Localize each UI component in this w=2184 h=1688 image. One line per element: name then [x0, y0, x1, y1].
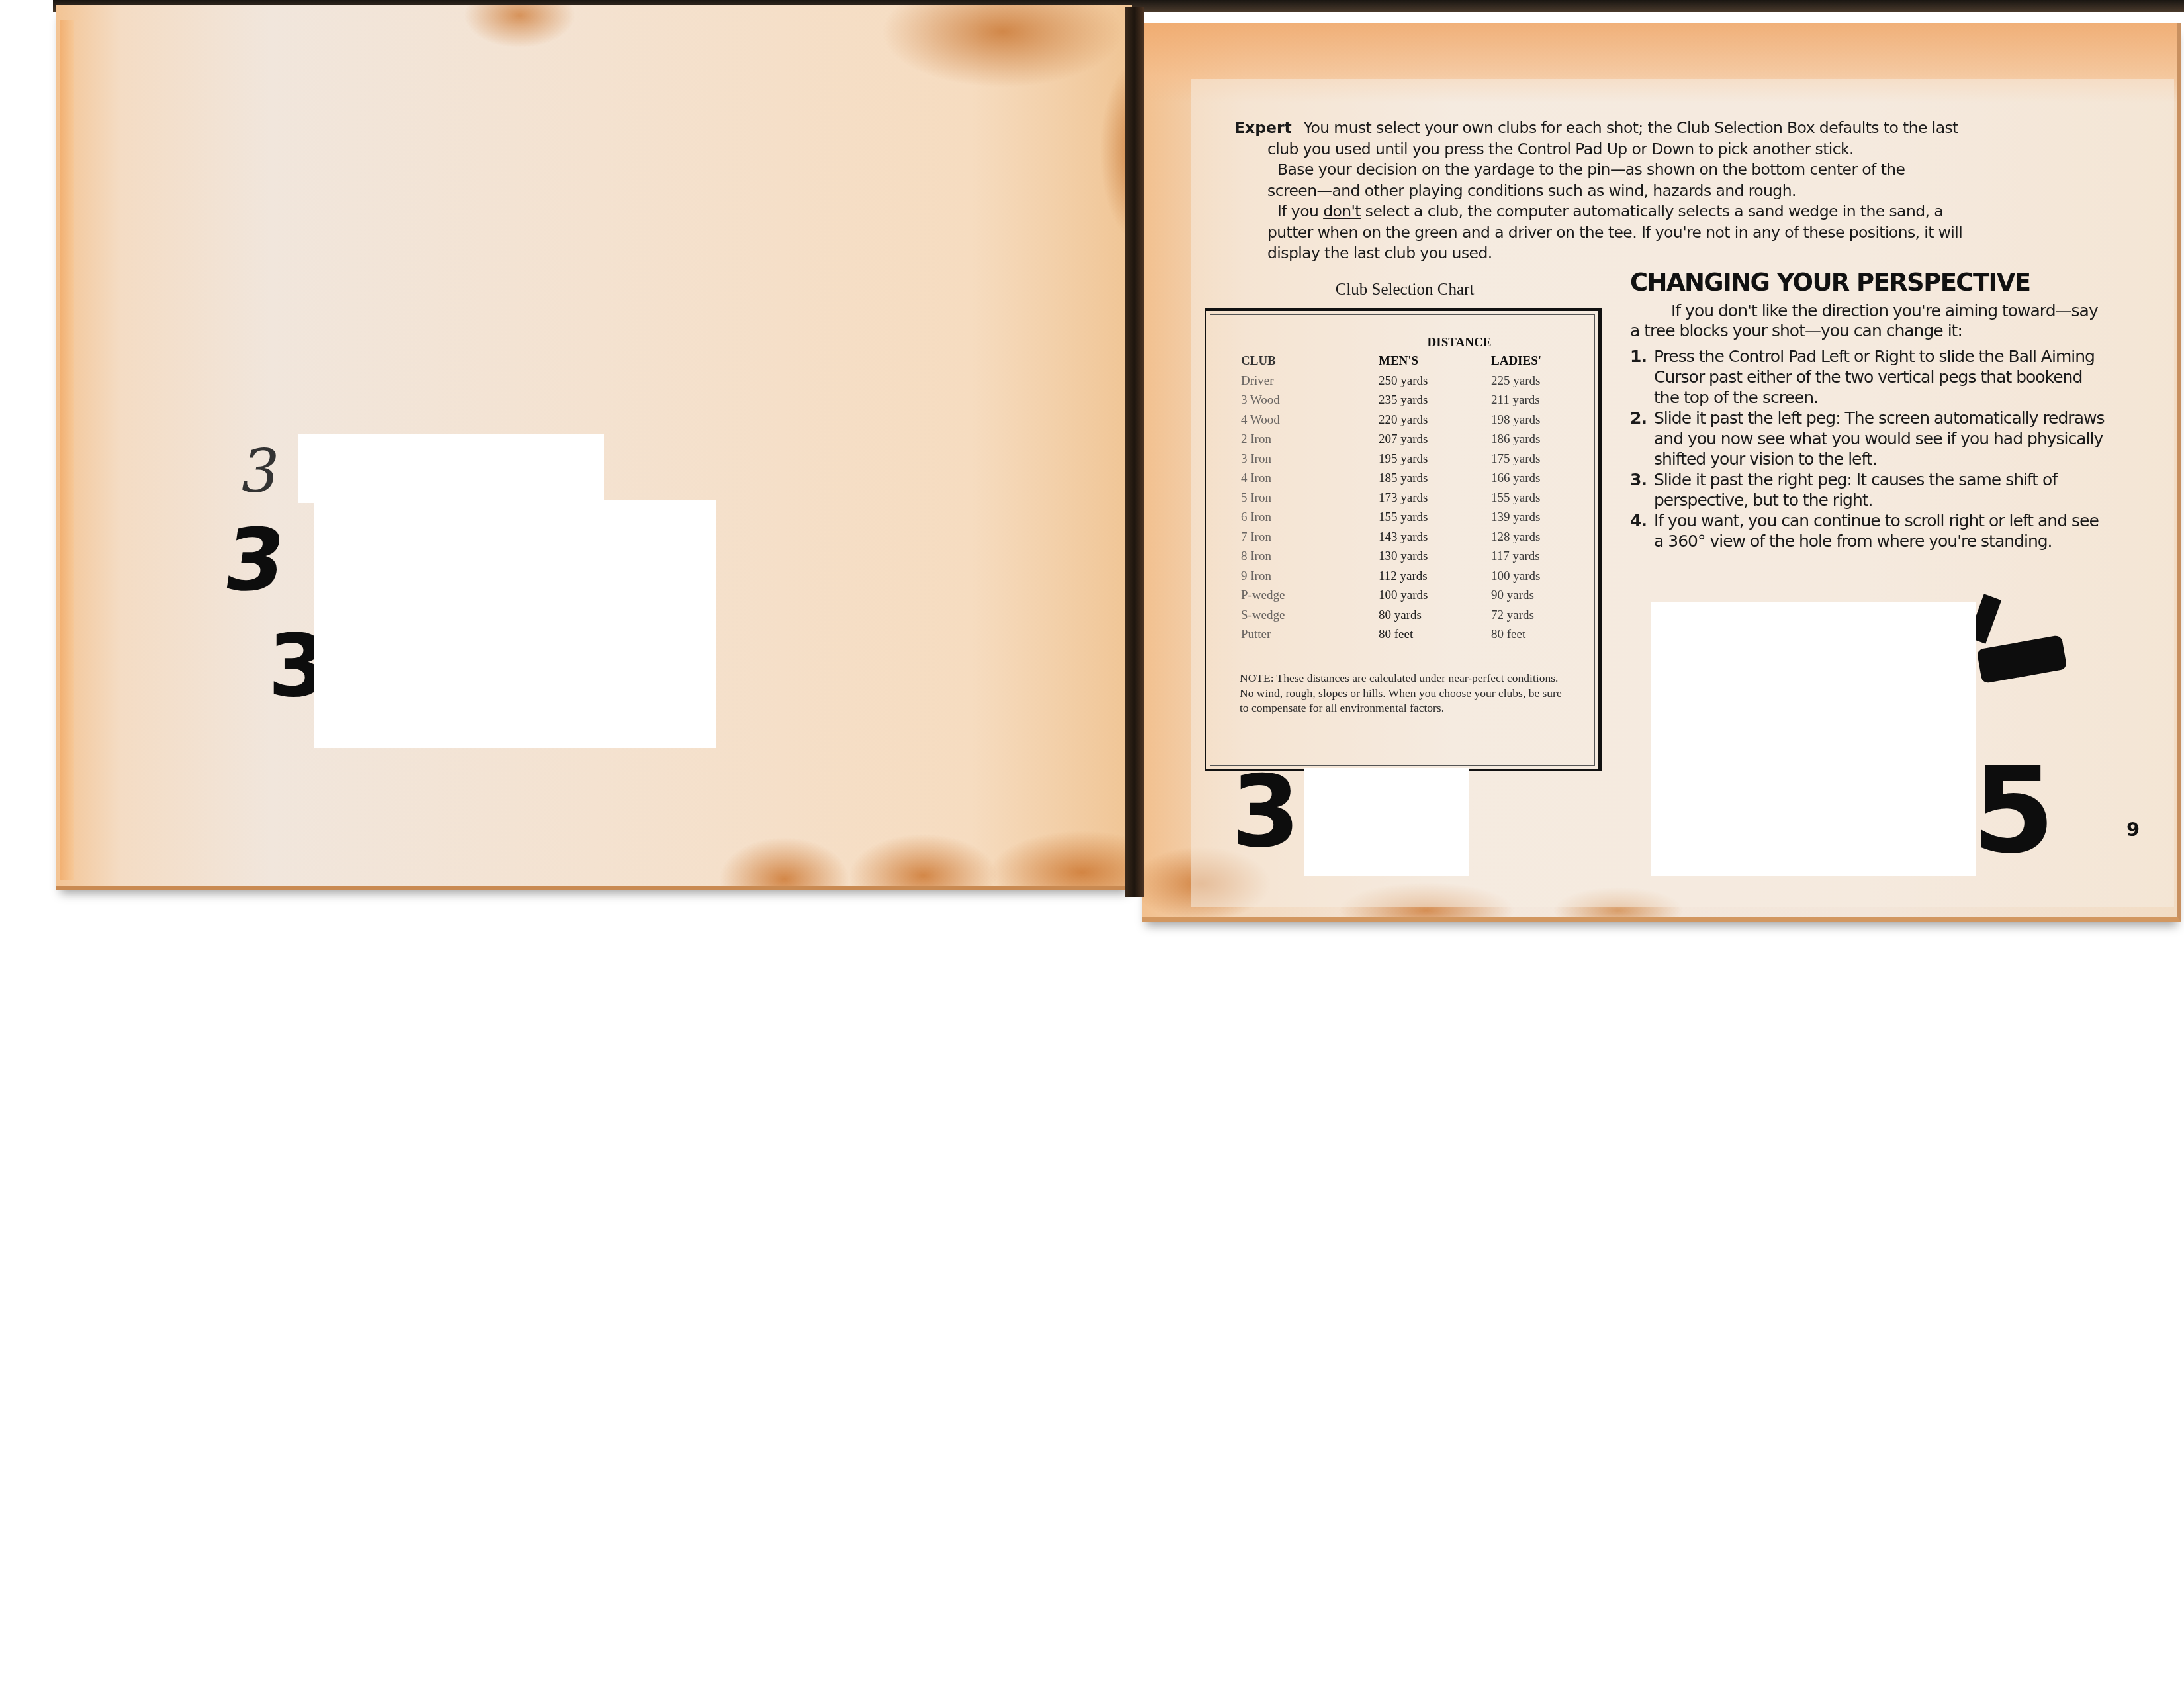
- steps-list: 1.Press the Control Pad Left or Right to…: [1630, 346, 2107, 551]
- redaction-box: [298, 434, 604, 503]
- expert-paragraph-1: ExpertYou must select your own clubs for…: [1234, 118, 2088, 139]
- expert-section: ExpertYou must select your own clubs for…: [1234, 118, 2088, 264]
- step-item: 4.If you want, you can continue to scrol…: [1630, 510, 2107, 551]
- step-item: 1.Press the Control Pad Left or Right to…: [1630, 346, 2107, 408]
- page-number: 9: [2126, 818, 2140, 841]
- book-spine: [1125, 7, 1144, 897]
- col-ladies: LADIES': [1491, 354, 1610, 369]
- expert-paragraph-3: If you don't select a club, the computer…: [1234, 201, 2088, 222]
- section-heading: CHANGING YOUR PERSPECTIVE: [1630, 268, 2107, 297]
- expert-paragraph-2: Base your decision on the yardage to the…: [1234, 160, 2088, 181]
- marker-handwriting-right-2: 5: [1972, 741, 2055, 880]
- underlined-dont: don't: [1323, 202, 1361, 220]
- chart-title: Club Selection Chart: [1205, 281, 1605, 299]
- section-intro: If you don't like the direction you're a…: [1630, 301, 2107, 341]
- redaction-box: [1651, 602, 1976, 876]
- redaction-box: [314, 500, 716, 748]
- col-mens: MEN'S: [1379, 354, 1498, 369]
- pencil-handwriting: 3: [242, 437, 279, 506]
- marker-handwriting-right-1: 3: [1231, 755, 1300, 870]
- distance-header: DISTANCE: [1377, 336, 1542, 350]
- left-page-edges: [60, 20, 74, 880]
- chart-note: NOTE: These distances are calculated und…: [1240, 671, 1570, 716]
- col-club: CLUB: [1241, 354, 1373, 369]
- expert-label: Expert: [1234, 118, 1292, 137]
- redaction-box: [1304, 768, 1469, 876]
- step-item: 3.Slide it past the right peg: It causes…: [1630, 469, 2107, 510]
- step-item: 2.Slide it past the left peg: The screen…: [1630, 408, 2107, 469]
